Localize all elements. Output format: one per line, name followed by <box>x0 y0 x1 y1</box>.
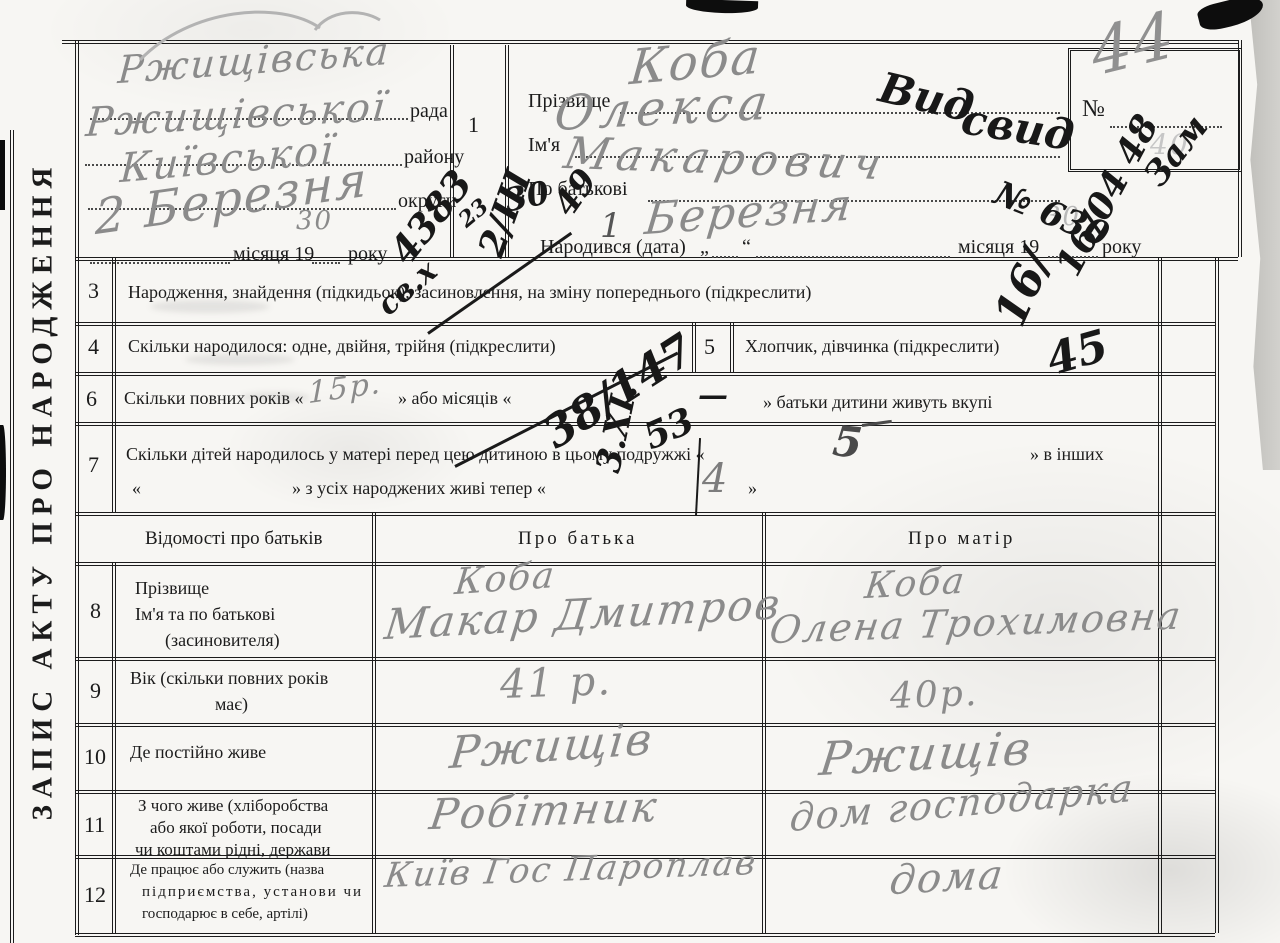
form-line <box>112 257 116 512</box>
row7-part5: » <box>748 478 757 499</box>
row8-label2: Ім'я та по батькові <box>135 604 275 625</box>
row9-label1: Вік (скільки повних років <box>130 668 328 689</box>
father-name: Макар Дмитров <box>382 579 784 649</box>
mother-surname: Коба <box>862 561 968 608</box>
regdate-label-post: року <box>348 243 387 266</box>
row12-number: 12 <box>84 882 106 908</box>
mother-name: Олена Трохимовна <box>767 593 1185 652</box>
date-line <box>312 262 340 264</box>
form-line <box>75 562 1215 566</box>
side-title-text: ЗАПИС АКТУ ПРО НАРОДЖЕННЯ <box>27 160 60 820</box>
annotation-45: 45 <box>1041 320 1114 386</box>
torn-edge <box>1242 0 1280 470</box>
index-number: 1 <box>468 112 479 138</box>
row8-label3: (засиновителя) <box>165 630 280 651</box>
side-title: ЗАПИС АКТУ ПРО НАРОДЖЕННЯ <box>14 160 72 820</box>
row10-label1: Де постійно живе <box>130 742 266 763</box>
handwritten-birth-month: Березня <box>642 179 856 245</box>
birth-quote-close: “ <box>742 236 751 259</box>
mother-workplace: дома <box>887 852 1007 904</box>
place-label-raion: району <box>404 146 464 169</box>
mother-age: 40р. <box>889 673 979 717</box>
smudge <box>240 392 310 402</box>
smudge <box>150 300 270 313</box>
row7-part4: » з усіх народжених живі тепер « <box>292 478 546 499</box>
handwritten-children-alive: 4 <box>702 456 729 502</box>
header-mother: Про матір <box>908 528 1015 550</box>
row3-number: 3 <box>88 278 99 304</box>
row6-part3: » батьки дитини живуть вкупі <box>763 392 992 413</box>
scan-mark <box>686 0 758 14</box>
father-workplace: Київ Гос Пароплав <box>382 843 760 896</box>
number-box-label: № <box>1082 96 1105 123</box>
row9-label2: має) <box>215 694 248 715</box>
form-line <box>75 322 1215 326</box>
form-line <box>1215 257 1219 933</box>
row8-number: 8 <box>90 598 101 624</box>
regdate-label-pre: місяця 19 <box>233 243 314 266</box>
row5-number: 5 <box>704 334 715 360</box>
smudge <box>185 354 295 365</box>
father-age: 41 р. <box>499 658 612 708</box>
form-line <box>75 657 1215 661</box>
pencil-flourish <box>130 0 490 80</box>
row12-label2: підприємства, установи чи <box>142 884 363 901</box>
form-line <box>75 933 1215 937</box>
father-occupation: Робітник <box>427 782 662 839</box>
header-parents: Відомості про батьків <box>145 528 323 550</box>
form-line <box>75 512 1215 516</box>
row4-number: 4 <box>88 334 99 360</box>
birth-label-post: року <box>1102 236 1141 259</box>
row11-label3: чи коштами рідні, держави <box>135 840 330 860</box>
row12-label3: господарює в себе, артілі) <box>142 906 308 923</box>
row5-text: Хлопчик, дівчинка (підкреслити) <box>745 336 999 357</box>
form-line <box>112 562 116 933</box>
header-father: Про батька <box>518 528 637 550</box>
birth-month-line <box>756 256 950 258</box>
row11-number: 11 <box>84 812 105 838</box>
place-label-rada: рада <box>410 100 448 123</box>
row6-number: 6 <box>86 386 97 412</box>
row11-label2: або якої роботи, посади <box>150 818 322 838</box>
handwritten-children-marriage: 5 <box>830 416 864 468</box>
handwritten-birth-day: 1 <box>600 206 624 246</box>
row7-number: 7 <box>88 452 99 478</box>
row11-label1: З чого живе (хліборобства <box>138 796 328 816</box>
scan-mark <box>0 425 6 520</box>
annotation-svyd: свид <box>958 94 1077 160</box>
birth-record-scan: ЗАПИС АКТУ ПРО НАРОДЖЕННЯ рада району ок… <box>0 0 1280 943</box>
birth-day-line <box>712 256 738 258</box>
row7-part3: « <box>132 478 141 499</box>
row9-number: 9 <box>90 678 101 704</box>
form-line <box>75 40 79 935</box>
row8-label1: Прізвище <box>135 578 209 599</box>
date-line <box>90 262 230 264</box>
row6-part2: » або місяців « <box>398 388 511 409</box>
scan-mark <box>0 140 5 210</box>
row10-number: 10 <box>84 744 106 770</box>
row12-label1: Де працює або служить (назва <box>130 862 324 879</box>
form-line <box>730 322 734 372</box>
row4-text: Скільки народилося: одне, двійня, трійня… <box>128 336 556 357</box>
row7-part2: » в інших <box>1030 444 1104 465</box>
annotation-dash: — <box>698 378 728 413</box>
handwritten-reg-year: 30 <box>296 206 333 236</box>
